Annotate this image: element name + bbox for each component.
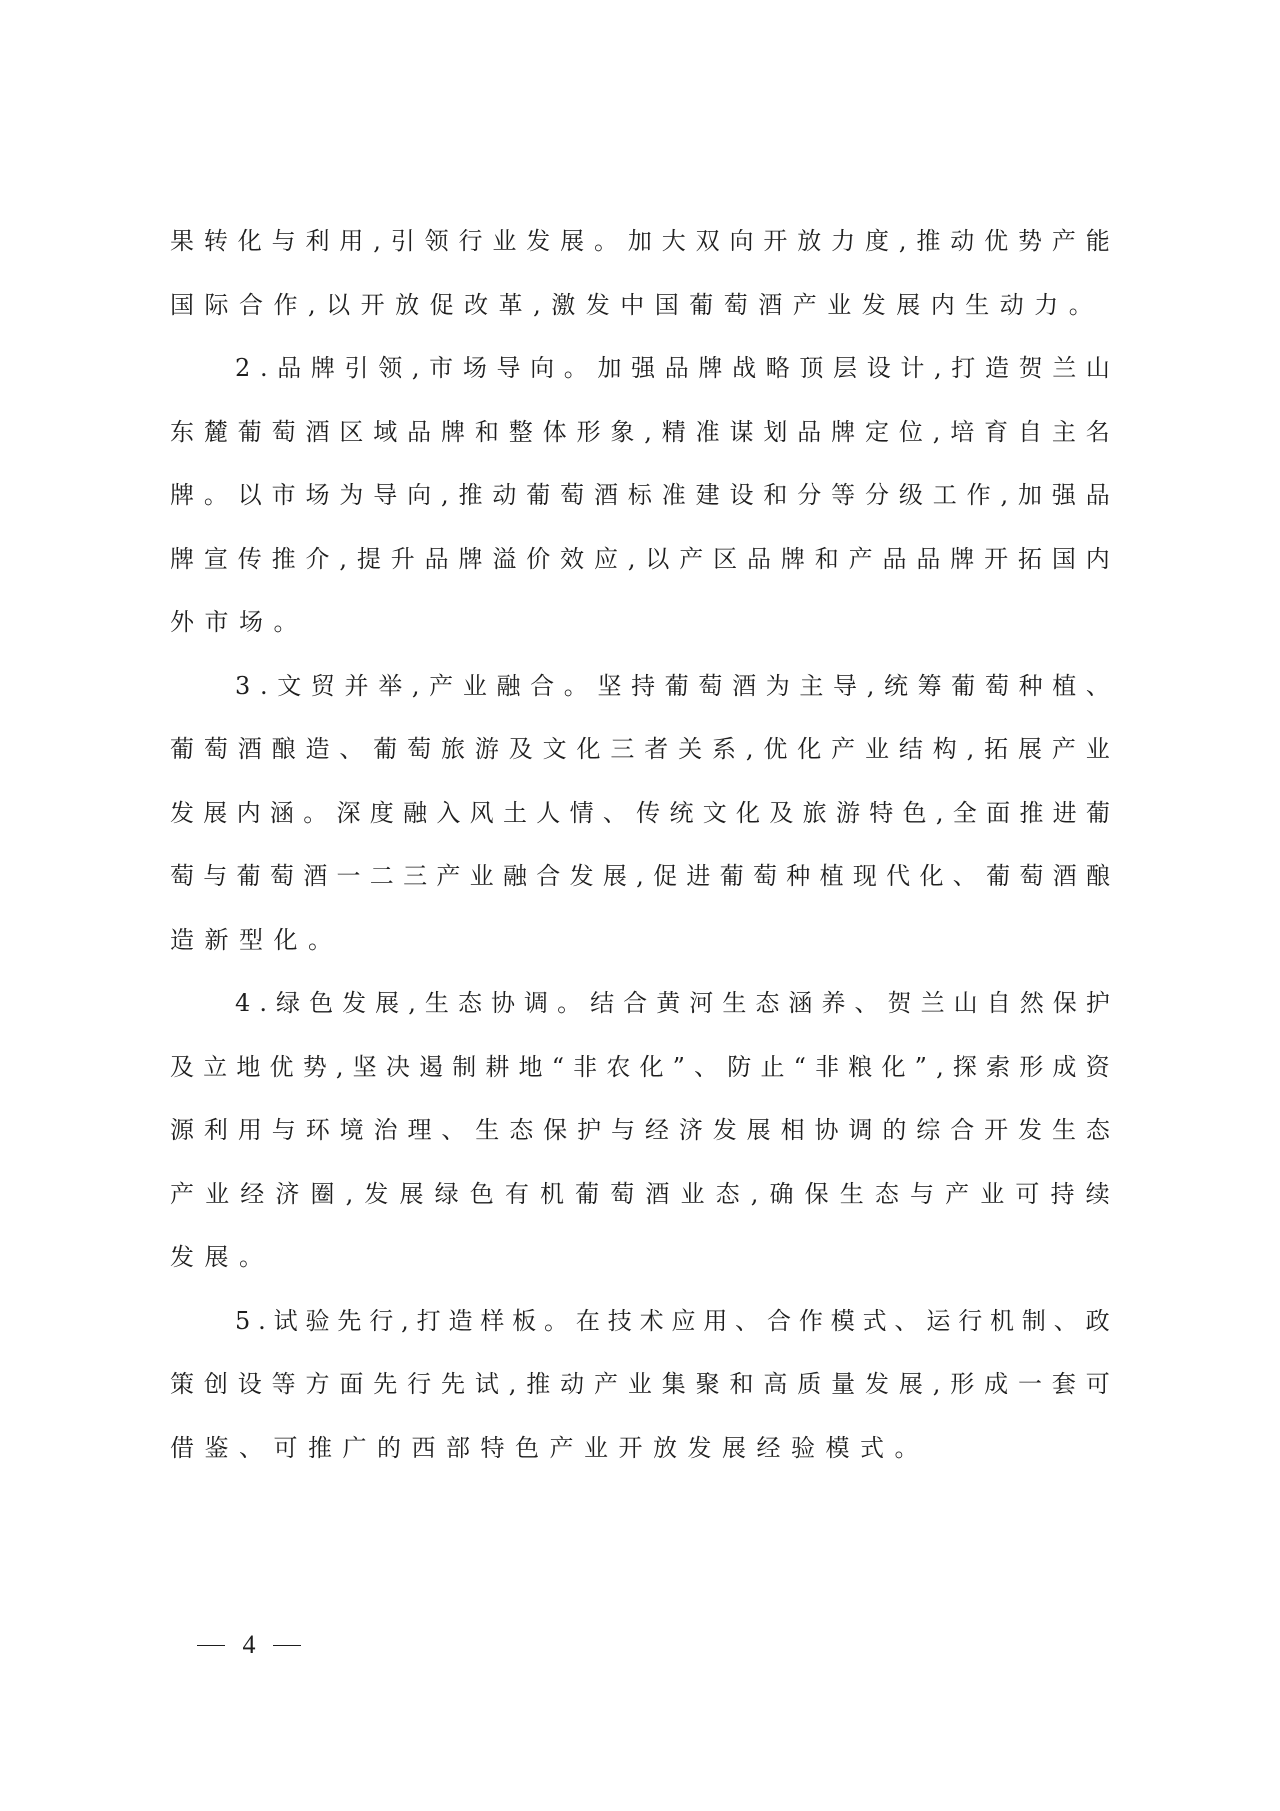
glyph: 。	[594, 210, 618, 274]
glyph: 高	[763, 1353, 787, 1417]
glyph: 精	[662, 401, 686, 465]
glyph: 色	[470, 1163, 494, 1227]
glyph: 保	[805, 1163, 829, 1227]
glyph: ,	[628, 528, 636, 592]
glyph: 4	[235, 972, 250, 1036]
glyph: 品	[883, 528, 907, 592]
glyph: 山	[954, 972, 978, 1036]
glyph: 定	[865, 401, 889, 465]
glyph: 产	[594, 1353, 618, 1417]
glyph: 葡	[986, 845, 1010, 909]
glyph: 持	[1051, 1163, 1075, 1227]
glyph: 、	[339, 718, 363, 782]
glyph: 5	[235, 1290, 250, 1354]
glyph: 聚	[696, 1353, 720, 1417]
glyph: ,	[412, 337, 420, 401]
glyph: 及	[509, 718, 533, 782]
glyph: 确	[770, 1163, 794, 1227]
glyph: 文	[703, 782, 727, 846]
glyph: ,	[373, 210, 381, 274]
text-line: 萄与葡萄酒一二三产业融合发展,促进葡萄种植现代化、葡萄酒酿	[170, 845, 1110, 909]
glyph: 应	[594, 528, 618, 592]
glyph: 理	[407, 1099, 431, 1163]
glyph: 与	[203, 845, 227, 909]
glyph: 。	[564, 337, 588, 401]
glyph: 行	[369, 1290, 393, 1354]
glyph: 产	[170, 1163, 194, 1227]
glyph: 化	[736, 782, 760, 846]
glyph: 决	[386, 1036, 410, 1100]
glyph: 展	[722, 1417, 746, 1481]
text-line: 及立地优势,坚决遏制耕地“非农化”、防止“非粮化”,探索形成资	[170, 1036, 1110, 1100]
glyph: 境	[340, 1099, 364, 1163]
glyph: 业	[865, 718, 889, 782]
glyph: 培	[950, 401, 974, 465]
glyph: 构	[933, 718, 957, 782]
body-text: 果转化与利用,引领行业发展。加大双向开放力度,推动优势产能 国际合作,以开放促改…	[170, 210, 1110, 1480]
text-line: 2.品牌引领,市场导向。加强品牌战略顶层设计,打造贺兰山	[170, 337, 1110, 401]
glyph: 化	[238, 210, 262, 274]
glyph: 向	[530, 337, 554, 401]
glyph: 样	[480, 1290, 504, 1354]
glyph: 推	[526, 1353, 550, 1417]
glyph: 融	[403, 782, 427, 846]
glyph: 化	[577, 718, 601, 782]
glyph: 。	[239, 1226, 263, 1290]
glyph: 酒	[758, 274, 782, 338]
glyph: 鉴	[205, 1417, 229, 1481]
glyph: 业	[584, 1417, 608, 1481]
glyph: 、	[894, 1290, 918, 1354]
glyph: 引	[345, 337, 369, 401]
glyph: 动	[492, 464, 516, 528]
glyph: 放	[395, 274, 419, 338]
glyph: 牌	[459, 528, 483, 592]
glyph: 。	[308, 909, 332, 973]
glyph: 植	[820, 845, 844, 909]
glyph: ,	[936, 782, 944, 846]
glyph: 应	[671, 1290, 695, 1354]
glyph: 场	[306, 464, 330, 528]
glyph: 进	[1053, 782, 1077, 846]
glyph: 国	[655, 274, 679, 338]
glyph: 以	[238, 464, 262, 528]
glyph: 牌	[950, 528, 974, 592]
glyph: 生	[425, 972, 449, 1036]
glyph: 整	[509, 401, 533, 465]
glyph: 集	[662, 1353, 686, 1417]
glyph: 导	[373, 464, 397, 528]
glyph: 产	[849, 528, 873, 592]
glyph: 生	[1052, 1099, 1076, 1163]
glyph: 在	[576, 1290, 600, 1354]
glyph: 产	[429, 655, 453, 719]
glyph: 发	[1018, 1099, 1042, 1163]
glyph: 葡	[951, 655, 975, 719]
glyph: 合	[950, 1099, 974, 1163]
glyph: 打	[417, 1290, 441, 1354]
glyph: 体	[543, 401, 567, 465]
glyph: 土	[503, 782, 527, 846]
glyph: 业	[980, 1163, 1004, 1227]
glyph: ,	[899, 210, 907, 274]
glyph: 东	[170, 401, 194, 465]
glyph: 酒	[306, 401, 330, 465]
glyph: 开	[361, 274, 385, 338]
glyph: 验	[306, 1290, 330, 1354]
glyph: 牌	[170, 464, 194, 528]
text-line: 外市场。	[170, 591, 1110, 655]
glyph: 合	[530, 655, 554, 719]
glyph: 。	[1069, 274, 1093, 338]
text-line: 东麓葡萄酒区域品牌和整体形象,精准谋划品牌定位,培育自主名	[170, 401, 1110, 465]
glyph: 酿	[272, 718, 296, 782]
glyph: 系	[712, 718, 736, 782]
glyph: 展	[375, 972, 399, 1036]
glyph: 行	[459, 210, 483, 274]
glyph: 推	[459, 464, 483, 528]
glyph: 黄	[656, 972, 680, 1036]
glyph: 内	[237, 782, 261, 846]
glyph: 部	[446, 1417, 470, 1481]
glyph: 化	[881, 1036, 905, 1100]
glyph: 传	[238, 528, 262, 592]
glyph: 葡	[373, 718, 397, 782]
glyph: 防	[727, 1036, 751, 1100]
glyph: 资	[1086, 1036, 1110, 1100]
glyph: 以	[326, 274, 350, 338]
glyph: 量	[831, 1353, 855, 1417]
glyph: 行	[958, 1290, 982, 1354]
glyph: 非	[815, 1036, 839, 1100]
glyph: 顶	[799, 337, 823, 401]
glyph: 耕	[485, 1036, 509, 1100]
glyph: 态	[1086, 1099, 1110, 1163]
glyph: 市	[272, 464, 296, 528]
glyph: 溢	[492, 528, 516, 592]
glyph: ,	[401, 1290, 409, 1354]
glyph: 利	[204, 1099, 228, 1163]
glyph: 主	[799, 655, 823, 719]
glyph: 创	[204, 1353, 228, 1417]
glyph: 态	[755, 972, 779, 1036]
glyph: 酒	[303, 845, 327, 909]
glyph: 萄	[204, 718, 228, 782]
glyph: ,	[509, 1353, 517, 1417]
glyph: 推	[272, 528, 296, 592]
glyph: ”	[915, 1036, 927, 1100]
glyph: 合	[239, 274, 263, 338]
glyph: 协	[491, 972, 515, 1036]
glyph: 型	[239, 909, 263, 973]
glyph: 展	[899, 1353, 923, 1417]
glyph: 三	[610, 718, 634, 782]
glyph: 向	[407, 464, 431, 528]
page-number-dash-left	[197, 1645, 225, 1646]
glyph: 调	[848, 1099, 872, 1163]
glyph: 止	[760, 1036, 784, 1100]
glyph: 态	[875, 1163, 899, 1227]
glyph: 借	[170, 1417, 194, 1481]
glyph: 双	[696, 210, 720, 274]
glyph: 态	[716, 1163, 740, 1227]
glyph: 品	[407, 401, 431, 465]
glyph: 作	[799, 1290, 823, 1354]
glyph: .	[260, 337, 268, 401]
glyph: 、	[855, 972, 879, 1036]
glyph: 经	[240, 1163, 264, 1227]
glyph: 造	[985, 337, 1009, 401]
glyph: 策	[170, 1353, 194, 1417]
glyph: 开	[763, 210, 787, 274]
glyph: 推	[1019, 782, 1043, 846]
glyph: 展	[896, 274, 920, 338]
glyph: 产	[679, 528, 703, 592]
glyph: 牌	[441, 401, 465, 465]
glyph: 进	[686, 845, 710, 909]
glyph: 主	[1052, 401, 1076, 465]
glyph: 发	[526, 210, 550, 274]
glyph: 优	[984, 210, 1008, 274]
glyph: 合	[767, 1290, 791, 1354]
glyph: 的	[377, 1417, 401, 1481]
glyph: 酿	[1086, 845, 1110, 909]
glyph: 2	[235, 337, 250, 401]
glyph: 质	[797, 1353, 821, 1417]
glyph: 种	[1019, 655, 1043, 719]
glyph: 成	[1052, 1036, 1076, 1100]
glyph: 与	[611, 1099, 635, 1163]
glyph: 合	[536, 845, 560, 909]
glyph: 一	[1018, 1353, 1042, 1417]
glyph: 牌	[831, 401, 855, 465]
glyph: 展	[400, 1163, 424, 1227]
document-page: 果转化与利用,引领行业发展。加大双向开放力度,推动优势产能 国际合作,以开放促改…	[0, 0, 1280, 1811]
glyph: 葡	[720, 845, 744, 909]
glyph: 象	[610, 401, 634, 465]
glyph: 护	[577, 1099, 601, 1163]
glyph: 设	[238, 1353, 262, 1417]
glyph: 、	[735, 1290, 759, 1354]
glyph: 准	[696, 401, 720, 465]
glyph: 发	[170, 1226, 194, 1290]
glyph: 术	[640, 1290, 664, 1354]
text-line: 3.文贸并举,产业融合。坚持葡萄酒为主导,统筹葡萄种植、	[170, 655, 1110, 719]
glyph: 打	[951, 337, 975, 401]
glyph: 建	[696, 464, 720, 528]
glyph: 、	[1054, 1290, 1078, 1354]
text-line: 牌宣传推介,提升品牌溢价效应,以产区品牌和产品品牌开拓国内	[170, 528, 1110, 592]
glyph: 结	[899, 718, 923, 782]
glyph: 方	[306, 1353, 330, 1417]
glyph: 葡	[665, 655, 689, 719]
text-line: 产业经济圈,发展绿色有机葡萄酒业态,确保生态与产业可持续	[170, 1163, 1110, 1227]
glyph: 然	[1020, 972, 1044, 1036]
glyph: 化	[797, 718, 821, 782]
glyph: 萄	[753, 845, 777, 909]
glyph: ,	[346, 1163, 354, 1227]
glyph: 产	[945, 1163, 969, 1227]
glyph: 自	[1018, 401, 1042, 465]
glyph: 葡	[238, 401, 262, 465]
glyph: 发	[342, 972, 366, 1036]
glyph: 旅	[441, 718, 465, 782]
glyph: 升	[391, 528, 415, 592]
text-line: 牌。以市场为导向,推动葡萄酒标准建设和分等分级工作,加强品	[170, 464, 1110, 528]
glyph: 开	[619, 1417, 643, 1481]
glyph: 坚	[597, 655, 621, 719]
glyph: 国	[1052, 528, 1076, 592]
glyph: 度	[865, 210, 889, 274]
glyph: 续	[1086, 1163, 1110, 1227]
glyph: 一	[336, 845, 360, 909]
glyph: 设	[730, 464, 754, 528]
glyph: 色	[515, 1417, 539, 1481]
glyph: 用	[339, 210, 363, 274]
glyph: 立	[203, 1036, 227, 1100]
glyph: 葡	[526, 464, 550, 528]
glyph: 位	[899, 401, 923, 465]
glyph: 势	[1018, 210, 1042, 274]
glyph: 业	[463, 655, 487, 719]
page-number: 4	[197, 1628, 301, 1662]
glyph: 济	[275, 1163, 299, 1227]
glyph: 葡	[575, 1163, 599, 1227]
glyph: 融	[496, 655, 520, 719]
glyph: 品	[916, 528, 940, 592]
glyph: 向	[730, 210, 754, 274]
glyph: 牌	[781, 528, 805, 592]
glyph: 宣	[204, 528, 228, 592]
glyph: 展	[203, 782, 227, 846]
glyph: 酒	[594, 464, 618, 528]
glyph: 激	[551, 274, 575, 338]
page-number-dash-right	[273, 1645, 301, 1646]
glyph: 源	[170, 1099, 194, 1163]
glyph: 作	[274, 274, 298, 338]
glyph: ,	[867, 655, 875, 719]
glyph: 品	[425, 528, 449, 592]
glyph: “	[552, 1036, 564, 1100]
glyph: 代	[886, 845, 910, 909]
glyph: 葡	[1086, 782, 1110, 846]
glyph: 经	[757, 1417, 781, 1481]
glyph: 业	[827, 274, 851, 338]
glyph: 形	[577, 401, 601, 465]
glyph: 人	[536, 782, 560, 846]
glyph: ,	[933, 401, 941, 465]
glyph: 开	[984, 1099, 1008, 1163]
glyph: 面	[986, 782, 1010, 846]
glyph: 融	[503, 845, 527, 909]
glyph: 强	[1052, 464, 1076, 528]
glyph: 酒	[1053, 845, 1077, 909]
glyph: 深	[336, 782, 360, 846]
glyph: 造	[448, 1290, 472, 1354]
glyph: 提	[357, 528, 381, 592]
glyph: 葡	[170, 718, 194, 782]
paragraph-culture-trade: 3.文贸并举,产业融合。坚持葡萄酒为主导,统筹葡萄种植、 葡萄酒酿造、葡萄旅游及…	[170, 655, 1110, 973]
glyph: 导	[496, 337, 520, 401]
glyph: 动	[560, 1353, 584, 1417]
glyph: 3	[235, 655, 250, 719]
glyph: 展	[603, 845, 627, 909]
glyph: 产	[436, 845, 460, 909]
text-line: 5.试验先行,打造样板。在技术应用、合作模式、运行机制、政	[170, 1290, 1110, 1354]
glyph: .	[259, 972, 267, 1036]
glyph: 护	[1086, 972, 1110, 1036]
glyph: 发	[713, 1099, 737, 1163]
glyph: 等	[831, 464, 855, 528]
glyph: .	[258, 1290, 266, 1354]
glyph: 及	[769, 782, 793, 846]
glyph: 萄	[170, 845, 194, 909]
glyph: 等	[272, 1353, 296, 1417]
glyph: 非	[573, 1036, 597, 1100]
glyph: 产	[1052, 210, 1076, 274]
glyph: 划	[763, 401, 787, 465]
glyph: 发	[586, 274, 610, 338]
glyph: 市	[429, 337, 453, 401]
glyph: 麓	[204, 401, 228, 465]
glyph: 游	[475, 718, 499, 782]
glyph: 级	[899, 464, 923, 528]
glyph: 政	[1086, 1290, 1110, 1354]
glyph: 域	[373, 401, 397, 465]
glyph: 导	[833, 655, 857, 719]
glyph: 展	[1018, 718, 1042, 782]
glyph: 情	[570, 782, 594, 846]
text-line: 策创设等方面先行先试,推动产业集聚和高质量发展,形成一套可	[170, 1353, 1110, 1417]
glyph: 结	[590, 972, 614, 1036]
glyph: 并	[345, 655, 369, 719]
glyph: 化	[640, 1036, 664, 1100]
glyph: .	[260, 655, 268, 719]
glyph: 举	[378, 655, 402, 719]
glyph: 业	[1086, 718, 1110, 782]
glyph: 全	[953, 782, 977, 846]
glyph: 。	[204, 464, 228, 528]
glyph: 革	[499, 274, 523, 338]
glyph: 促	[430, 274, 454, 338]
glyph: 为	[766, 655, 790, 719]
glyph: 转	[204, 210, 228, 274]
glyph: 环	[306, 1099, 330, 1163]
glyph: 试	[475, 1353, 499, 1417]
glyph: 准	[662, 464, 686, 528]
glyph: ,	[336, 1036, 344, 1100]
glyph: 促	[653, 845, 677, 909]
glyph: 产	[550, 1417, 574, 1481]
glyph: 效	[560, 528, 584, 592]
glyph: 萄	[270, 845, 294, 909]
glyph: 的	[882, 1099, 906, 1163]
glyph: 可	[274, 1417, 298, 1481]
glyph: 发	[170, 782, 194, 846]
glyph: 分	[797, 464, 821, 528]
glyph: ,	[636, 845, 644, 909]
glyph: 酒	[732, 655, 756, 719]
glyph: 和	[475, 401, 499, 465]
glyph: 领	[425, 210, 449, 274]
glyph: 、	[441, 1099, 465, 1163]
glyph: 、	[1086, 655, 1110, 719]
glyph: 业	[492, 210, 516, 274]
glyph: 发	[688, 1417, 712, 1481]
glyph: 中	[620, 274, 644, 338]
glyph: 。	[544, 1290, 568, 1354]
glyph: 品	[665, 337, 689, 401]
